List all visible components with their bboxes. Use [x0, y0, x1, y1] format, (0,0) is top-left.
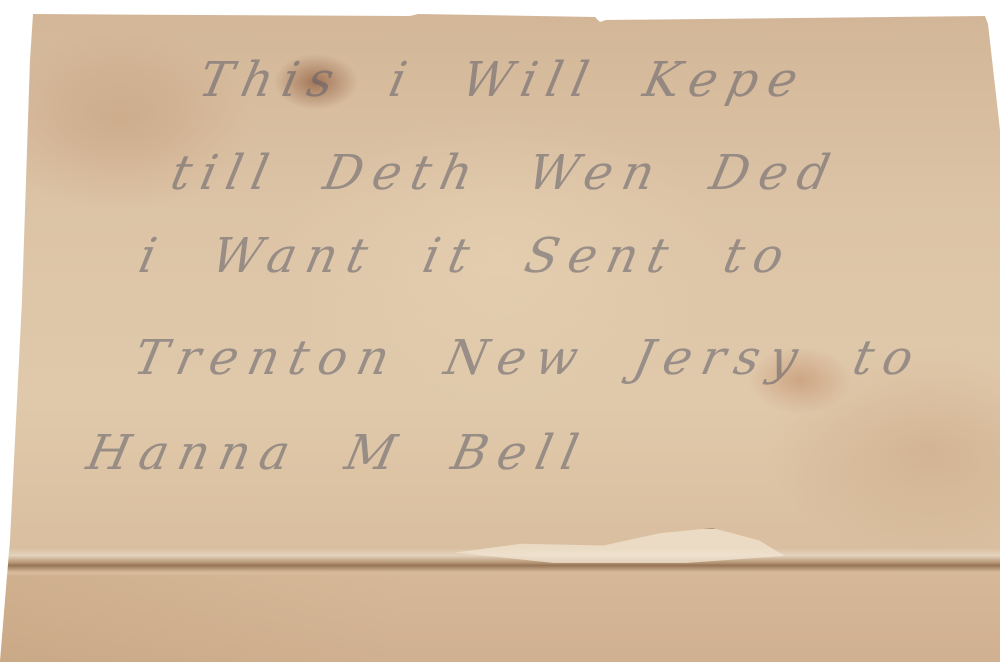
note-line-4: Trenton New Jersy to — [129, 330, 928, 386]
note-line-5-signature: Hanna M Bell — [82, 425, 593, 481]
note-line-1: This i Will Kepe — [194, 52, 813, 108]
note-line-2: till Deth Wen Ded — [166, 145, 844, 201]
handwritten-note: This i Will Kepe till Deth Wen Ded i Wan… — [0, 0, 1000, 662]
note-line-3: i Want it Sent to — [134, 228, 799, 284]
aged-paper-sheet: This i Will Kepe till Deth Wen Ded i Wan… — [0, 0, 1000, 662]
photo-stage: This i Will Kepe till Deth Wen Ded i Wan… — [0, 0, 1000, 662]
